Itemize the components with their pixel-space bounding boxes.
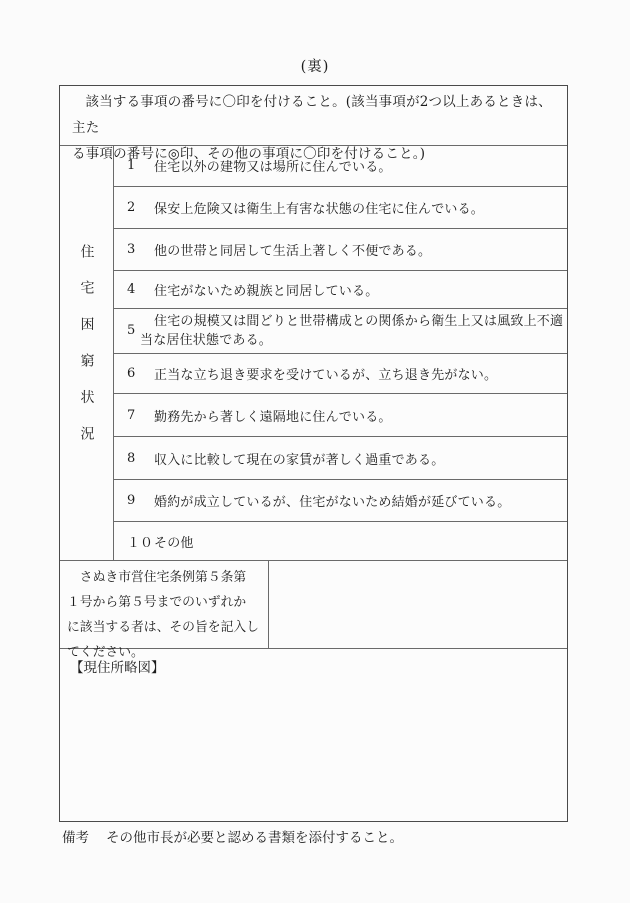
item-text: 住宅がないため親族と同居している。 <box>154 280 378 299</box>
marking-instruction-cell: 該当する事項の番号に〇印を付けること。(該当事項が2つ以上あるときは、主た る事… <box>60 86 567 145</box>
item-number: １０ <box>127 532 154 551</box>
remarks-line: 備考その他市長が必要と認める書類を添付すること。 <box>62 826 403 846</box>
page-title: (裏) <box>0 0 630 77</box>
application-form-table: 該当する事項の番号に〇印を付けること。(該当事項が2つ以上あるときは、主た る事… <box>59 85 568 822</box>
category-label-vertical: 住宅困窮状況 <box>77 244 97 462</box>
ordinance-note-cell: さぬき市営住宅条例第５条第 １号から第５号までのいずれか に該当する者は、その旨… <box>60 561 269 648</box>
category-header-cell: 住宅困窮状況 <box>60 146 114 560</box>
item-text: 住宅の規模又は間どりと世帯構成との関係から衛生上又は風致上不適 当な居住状態であ… <box>140 312 563 350</box>
remarks-label: 備考 <box>62 830 89 846</box>
item-text: 住宅以外の建物又は場所に住んでいる。 <box>154 156 392 175</box>
item-number: 7 <box>127 408 154 423</box>
item-text: 他の世帯と同居して生活上著しく不便である。 <box>154 240 431 259</box>
item-text: 婚約が成立しているが、住宅がないため結婚が延びている。 <box>154 491 510 510</box>
hardship-item-row: 2 保安上危険又は衛生上有害な状態の住宅に住んでいる。 <box>114 187 567 229</box>
hardship-item-row: 5 住宅の規模又は間どりと世帯構成との関係から衛生上又は風致上不適 当な居住状態… <box>114 309 567 354</box>
item-number: 1 <box>127 158 154 173</box>
hardship-item-row: 1 住宅以外の建物又は場所に住んでいる。 <box>114 146 567 187</box>
current-address-map-box: 【現住所略図】 <box>60 648 567 821</box>
hardship-item-row: 6 正当な立ち退き要求を受けているが、立ち退き先がない。 <box>114 354 567 395</box>
hardship-item-row: 9 婚約が成立しているが、住宅がないため結婚が延びている。 <box>114 480 567 522</box>
item-text: 正当な立ち退き要求を受けているが、立ち退き先がない。 <box>154 364 497 383</box>
ordinance-entry-cell <box>269 561 567 648</box>
hardship-item-row: 8 収入に比較して現在の家賃が著しく過重である。 <box>114 437 567 480</box>
item-text: 収入に比較して現在の家賃が著しく過重である。 <box>154 449 444 468</box>
housing-hardship-section: 住宅困窮状況 1 住宅以外の建物又は場所に住んでいる。 2 保安上危険又は衛生上… <box>60 145 567 560</box>
map-box-label: 【現住所略図】 <box>70 660 165 676</box>
item-number: 8 <box>127 451 154 466</box>
item-text: 勤務先から著しく遠隔地に住んでいる。 <box>154 406 392 425</box>
item-number: 9 <box>127 493 154 508</box>
ordinance-row: さぬき市営住宅条例第５条第 １号から第５号までのいずれか に該当する者は、その旨… <box>60 560 567 648</box>
hardship-item-row: 3 他の世帯と同居して生活上著しく不便である。 <box>114 229 567 271</box>
item-text: 保安上危険又は衛生上有害な状態の住宅に住んでいる。 <box>154 198 484 217</box>
hardship-items-list: 1 住宅以外の建物又は場所に住んでいる。 2 保安上危険又は衛生上有害な状態の住… <box>114 146 567 560</box>
item-number: 3 <box>127 242 154 257</box>
remarks-text: その他市長が必要と認める書類を添付すること。 <box>106 830 403 846</box>
item-text: その他 <box>154 532 194 551</box>
hardship-item-row: 7 勤務先から著しく遠隔地に住んでいる。 <box>114 394 567 437</box>
item-number: 4 <box>127 282 154 297</box>
hardship-item-row: 4 住宅がないため親族と同居している。 <box>114 271 567 309</box>
item-number: 2 <box>127 200 154 215</box>
hardship-item-row: １０ その他 <box>114 522 567 560</box>
document-sheet: (裏) 該当する事項の番号に〇印を付けること。(該当事項が2つ以上あるときは、主… <box>0 0 630 903</box>
item-number: 6 <box>127 366 154 381</box>
